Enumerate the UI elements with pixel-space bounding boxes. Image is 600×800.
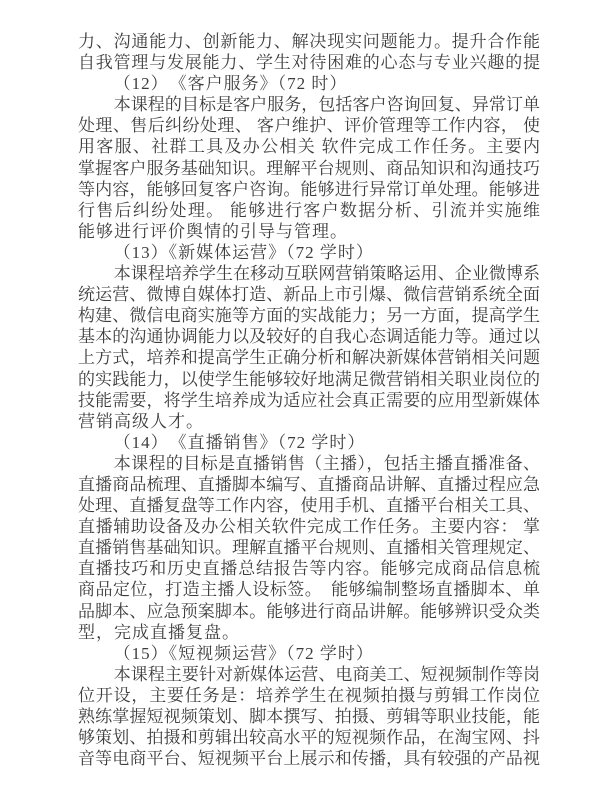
text-line: 直播技巧和历史直播总结报告等内容。能够完成商品信息梳理、 [78,558,540,579]
text-line: 本课程主要针对新媒体运营、电商美工、短视频制作等岗 [78,664,540,685]
course-heading: （14） 《直播销售》（72 学时） [78,432,540,453]
text-line: 直播商品梳理、直播脚本编写、直播商品讲解、直播过程应急 [78,474,540,495]
text-line: 能够进行评价舆情的引导与管理。 [78,221,540,242]
text-line: 营销高级人才。 [78,411,540,432]
course-heading: （12） 《客户服务》（72 时） [78,73,540,94]
text-line: 自我管理与发展能力、学生对待困难的心态与专业兴趣的提高。 [78,52,540,73]
text-line: 音等电商平台、短视频平台上展示和传播，具有较强的产品视 [78,748,540,769]
text-line: 商品定位，打造主播人设标签。 能够编制整场直播脚本、单 [78,579,540,600]
text-line: 处理、直播复盘等工作内容，使用手机、直播平台相关工具、 [78,495,540,516]
text-line: 直播销售基础知识。理解直播平台规则、直播相关管理规定、 [78,537,540,558]
text-line: 用客服、社群工具及办公相关 软件完成工作任务。主要内容： [78,136,540,157]
text-line: 力、沟通能力、创新能力、解决现实问题能力。提升合作能力、 [78,31,540,52]
text-line: 型，完成直播复盘。 [78,622,540,643]
text-line: 技能需要，将学生培养成为适应社会真正需要的应用型新媒体 [78,390,540,411]
document-page: 力、沟通能力、创新能力、解决现实问题能力。提升合作能力、自我管理与发展能力、学生… [0,0,600,800]
text-line: 直播辅助设备及办公相关软件完成工作任务。主要内容： 掌握 [78,516,540,537]
text-line: 熟练掌握短视频策划、脚本撰写、拍摄、剪辑等职业技能，能 [78,706,540,727]
document-text: 力、沟通能力、创新能力、解决现实问题能力。提升合作能力、自我管理与发展能力、学生… [78,31,540,769]
text-line: 的实践能力，以使学生能够较好地满足微营销相关职业岗位的 [78,369,540,390]
text-line: 行售后纠纷处理。 能够进行客户数据分析、引流并实施维护。 [78,200,540,221]
text-line: 本课程培养学生在移动互联网营销策略运用、企业微博系 [78,263,540,284]
text-line: 品脚本、应急预案脚本。能够进行商品讲解。能够辨识受众类 [78,601,540,622]
text-line: 位开设，主要任务是：培养学生在视频拍摄与剪辑工作岗位中， [78,685,540,706]
text-line: 处理、售后纠纷处理、 客户维护、评价管理等工作内容， 使 [78,115,540,136]
text-line: 统运营、微博自媒体打造、新品上市引爆、微信营销系统全面 [78,284,540,305]
course-heading: （13）《新媒体运营》（72 学时） [78,242,540,263]
text-line: 本课程的目标是客户服务，包括客户咨询回复、异常订单 [78,94,540,115]
text-line: 上方式，培养和提高学生正确分析和解决新媒体营销相关问题 [78,347,540,368]
text-line: 构建、微信电商实施等方面的实战能力；另一方面，提高学生 [78,305,540,326]
text-line: 够策划、拍摄和剪辑出较高水平的短视频作品，在淘宝网、抖 [78,727,540,748]
text-line: 本课程的目标是直播销售（主播），包括主播直播准备、 [78,453,540,474]
course-heading: （15）《短视频运营》（72 学时） [78,643,540,664]
text-line: 基本的沟通协调能力以及较好的自我心态调适能力等。通过以 [78,326,540,347]
text-line: 等内容，能够回复客户咨询。能够进行异常订单处理。能够进 [78,179,540,200]
text-line: 掌握客户服务基础知识。理解平台规则、商品知识和沟通技巧 [78,158,540,179]
